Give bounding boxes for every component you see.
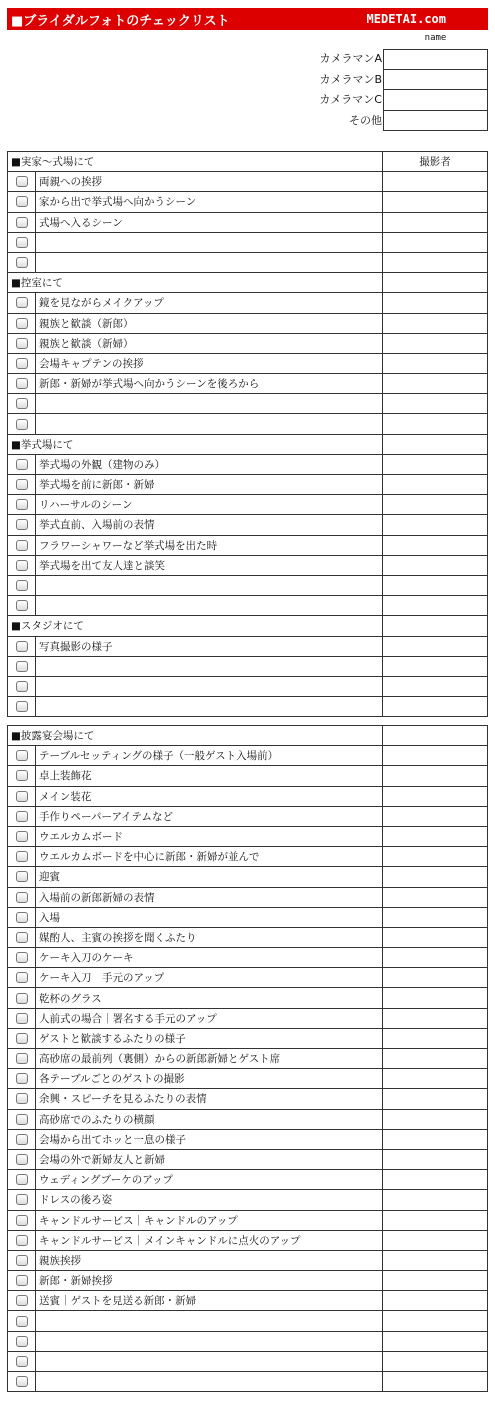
checkbox[interactable] xyxy=(16,811,28,822)
title-bar: ■ブライダルフォトのチェックリスト MEDETAI.com xyxy=(7,8,488,30)
checklist-row: 新郎・新婦挨拶 xyxy=(8,1271,488,1291)
photographer-field[interactable] xyxy=(383,374,488,394)
checkbox-cell xyxy=(8,596,36,616)
photographer-field[interactable] xyxy=(383,1069,488,1089)
photographer-field[interactable] xyxy=(383,676,488,696)
checklist-row: 会場から出てホッと一息の様子 xyxy=(8,1129,488,1149)
name-row-c: カメラマンC xyxy=(250,90,488,111)
photographer-field[interactable] xyxy=(383,847,488,867)
shot-item-label: 写真撮影の様子 xyxy=(36,636,383,656)
checkbox-cell xyxy=(8,927,36,947)
checkbox-cell xyxy=(8,766,36,786)
checkbox-cell xyxy=(8,907,36,927)
checklist-row xyxy=(8,394,488,414)
checkbox[interactable] xyxy=(16,257,28,268)
checkbox-cell xyxy=(8,252,36,272)
checkbox-cell xyxy=(8,676,36,696)
checkbox-cell xyxy=(8,414,36,434)
photographer-field[interactable] xyxy=(383,1190,488,1210)
section-header-row: ■披露宴会場にて xyxy=(8,726,488,746)
checklist-row xyxy=(8,697,488,717)
checkbox[interactable] xyxy=(16,1235,28,1246)
checkbox-cell xyxy=(8,1069,36,1089)
checklist-row: フラワーシャワーなど挙式場を出た時 xyxy=(8,535,488,555)
photographer-field[interactable] xyxy=(383,948,488,968)
photographer-field[interactable] xyxy=(383,353,488,373)
photographer-field[interactable] xyxy=(383,1311,488,1331)
checklist-row: ウェディングブーケのアップ xyxy=(8,1170,488,1190)
shot-item-label: 余興・スピーチを見るふたりの表情 xyxy=(36,1089,383,1109)
photographer-field[interactable] xyxy=(383,454,488,474)
photographer-field[interactable] xyxy=(383,806,488,826)
shot-item-label: 挙式場を出て友人達と談笑 xyxy=(36,555,383,575)
checkbox-cell xyxy=(8,1331,36,1351)
photographer-field[interactable] xyxy=(383,1008,488,1028)
checklist-row xyxy=(8,1331,488,1351)
checkbox[interactable] xyxy=(16,1356,28,1367)
shot-item-label xyxy=(36,232,383,252)
checkbox-cell xyxy=(8,697,36,717)
checkbox-cell xyxy=(8,1372,36,1392)
photographer-field[interactable] xyxy=(383,1109,488,1129)
checklist-row: ケーキ入刀 手元のアップ xyxy=(8,968,488,988)
checkbox[interactable] xyxy=(16,750,28,761)
checkbox-cell xyxy=(8,806,36,826)
checklist-row: 挙式場の外観（建物のみ） xyxy=(8,454,488,474)
photographer-field[interactable] xyxy=(383,252,488,272)
section-header-row: ■スタジオにて xyxy=(8,616,488,636)
photographer-field[interactable] xyxy=(383,746,488,766)
checkbox[interactable] xyxy=(16,831,28,842)
name-row-a: カメラマンA xyxy=(250,49,488,70)
checkbox-cell xyxy=(8,1210,36,1230)
checkbox[interactable] xyxy=(16,338,28,349)
checkbox[interactable] xyxy=(16,1093,28,1104)
checkbox[interactable] xyxy=(16,1174,28,1185)
shot-item-label: 両親への挨拶 xyxy=(36,172,383,192)
checkbox-cell xyxy=(8,1271,36,1291)
photographer-field[interactable] xyxy=(383,1089,488,1109)
checklist-row: 手作りペーパーアイテムなど xyxy=(8,806,488,826)
photographer-field[interactable] xyxy=(383,697,488,717)
checkbox-cell xyxy=(8,192,36,212)
checklist-row: 会場キャプテンの挨拶 xyxy=(8,353,488,373)
checklist-row: 新郎・新婦が挙式場へ向かうシーンを後ろから xyxy=(8,374,488,394)
name-label: カメラマンA xyxy=(250,49,383,70)
shot-item-label: 人前式の場合｜署名する手元のアップ xyxy=(36,1008,383,1028)
checkbox-cell xyxy=(8,968,36,988)
checklist-row: 親族と歓談（新郎） xyxy=(8,313,488,333)
checkbox[interactable] xyxy=(16,479,28,490)
checkbox[interactable] xyxy=(16,1336,28,1347)
section-header-row: ■控室にて xyxy=(8,273,488,293)
checkbox-cell xyxy=(8,313,36,333)
photographer-field[interactable] xyxy=(383,1129,488,1149)
shot-item-label: 各テーブルごとのゲストの撮影 xyxy=(36,1069,383,1089)
checkbox-cell xyxy=(8,1190,36,1210)
checklist-row: 入場前の新郎新婦の表情 xyxy=(8,887,488,907)
checkbox[interactable] xyxy=(16,419,28,430)
checklist-row xyxy=(8,252,488,272)
checkbox[interactable] xyxy=(16,560,28,571)
checkbox-cell xyxy=(8,454,36,474)
checkbox-cell xyxy=(8,826,36,846)
checkbox-cell xyxy=(8,495,36,515)
section-header-row: ■挙式場にて xyxy=(8,434,488,454)
checklist-row: 人前式の場合｜署名する手元のアップ xyxy=(8,1008,488,1028)
checkbox[interactable] xyxy=(16,1013,28,1024)
checklist-row xyxy=(8,1351,488,1371)
shot-item-label: 媒酌人、主賓の挨拶を聞くふたり xyxy=(36,927,383,947)
checkbox-cell xyxy=(8,1149,36,1169)
checkbox[interactable] xyxy=(16,600,28,611)
checklist-row: 親族挨拶 xyxy=(8,1250,488,1270)
section-title: ■スタジオにて xyxy=(8,616,383,636)
checkbox[interactable] xyxy=(16,871,28,882)
photographer-field[interactable] xyxy=(383,1351,488,1371)
photographer-field[interactable] xyxy=(383,575,488,595)
shot-item-label xyxy=(36,676,383,696)
checklist-row: 余興・スピーチを見るふたりの表情 xyxy=(8,1089,488,1109)
name-label: カメラマンC xyxy=(250,90,383,111)
checkbox[interactable] xyxy=(16,499,28,510)
shot-item-label: リハーサルのシーン xyxy=(36,495,383,515)
photographer-field[interactable] xyxy=(383,656,488,676)
photographer-field[interactable] xyxy=(383,1170,488,1190)
photographer-field[interactable] xyxy=(383,907,488,927)
photographer-field[interactable] xyxy=(383,192,488,212)
shot-item-label: キャンドルサービス｜メインキャンドルに点火のアップ xyxy=(36,1230,383,1250)
checkbox-cell xyxy=(8,786,36,806)
checkbox[interactable] xyxy=(16,993,28,1004)
checklist-row: 媒酌人、主賓の挨拶を聞くふたり xyxy=(8,927,488,947)
shot-item-label: ドレスの後ろ姿 xyxy=(36,1190,383,1210)
shot-item-label: ウェディングブーケのアップ xyxy=(36,1170,383,1190)
checkbox-cell xyxy=(8,847,36,867)
checklist-row: 式場へ入るシーン xyxy=(8,212,488,232)
photographer-field[interactable] xyxy=(383,596,488,616)
checkbox-cell xyxy=(8,475,36,495)
checkbox-cell xyxy=(8,353,36,373)
checkbox[interactable] xyxy=(16,176,28,187)
checklist-table-ceremony: ■実家〜式場にて撮影者両親への挨拶家から出で挙式場へ向かうシーン式場へ入るシーン… xyxy=(7,151,488,717)
checklist-row: 挙式場を前に新郎・新婦 xyxy=(8,475,488,495)
name-field-other[interactable] xyxy=(383,111,488,132)
checkbox[interactable] xyxy=(16,641,28,652)
checkbox-cell xyxy=(8,555,36,575)
photographer-field[interactable] xyxy=(383,1331,488,1351)
photographer-field[interactable] xyxy=(383,172,488,192)
checkbox[interactable] xyxy=(16,1114,28,1125)
checklist-row: ウエルカムボード xyxy=(8,826,488,846)
checkbox[interactable] xyxy=(16,1316,28,1327)
checkbox[interactable] xyxy=(16,1215,28,1226)
checkbox-cell xyxy=(8,212,36,232)
photographer-field[interactable] xyxy=(383,495,488,515)
checkbox-cell xyxy=(8,172,36,192)
shot-item-label: 乾杯のグラス xyxy=(36,988,383,1008)
photographer-field[interactable] xyxy=(383,1250,488,1270)
checkbox[interactable] xyxy=(16,580,28,591)
photographer-field[interactable] xyxy=(383,313,488,333)
shot-item-label xyxy=(36,394,383,414)
photographer-field[interactable] xyxy=(383,887,488,907)
checklist-row: ドレスの後ろ姿 xyxy=(8,1190,488,1210)
checklist-row: 入場 xyxy=(8,907,488,927)
checkbox-cell xyxy=(8,232,36,252)
shot-item-label: 会場キャプテンの挨拶 xyxy=(36,353,383,373)
photographer-cell xyxy=(383,273,488,293)
checklist-row xyxy=(8,596,488,616)
checklist-row: 高砂席でのふたりの横顔 xyxy=(8,1109,488,1129)
shot-item-label: 親族挨拶 xyxy=(36,1250,383,1270)
checkbox-cell xyxy=(8,515,36,535)
checkbox-cell xyxy=(8,293,36,313)
checkbox[interactable] xyxy=(16,237,28,248)
shot-item-label: キャンドルサービス｜キャンドルのアップ xyxy=(36,1210,383,1230)
photographer-field[interactable] xyxy=(383,766,488,786)
checkbox[interactable] xyxy=(16,791,28,802)
checkbox[interactable] xyxy=(16,972,28,983)
photographer-field[interactable] xyxy=(383,555,488,575)
checklist-row: 高砂席の最前列（裏側）からの新郎新婦とゲスト席 xyxy=(8,1049,488,1069)
checkbox-cell xyxy=(8,394,36,414)
photographer-field[interactable] xyxy=(383,1271,488,1291)
shot-item-label: 入場 xyxy=(36,907,383,927)
checkbox-cell xyxy=(8,988,36,1008)
photographer-field[interactable] xyxy=(383,1049,488,1069)
shot-item-label: ゲストと歓談するふたりの様子 xyxy=(36,1028,383,1048)
checkbox-cell xyxy=(8,1049,36,1069)
section-title: ■披露宴会場にて xyxy=(8,726,383,746)
checkbox-cell xyxy=(8,1089,36,1109)
checklist-row: 乾杯のグラス xyxy=(8,988,488,1008)
checkbox[interactable] xyxy=(16,519,28,530)
shot-item-label: メイン装花 xyxy=(36,786,383,806)
checklist-row: 挙式場を出て友人達と談笑 xyxy=(8,555,488,575)
checkbox-cell xyxy=(8,1351,36,1371)
photographer-field[interactable] xyxy=(383,867,488,887)
shot-item-label: 高砂席でのふたりの横顔 xyxy=(36,1109,383,1129)
checkbox[interactable] xyxy=(16,661,28,672)
checklist-row xyxy=(8,575,488,595)
photographer-field[interactable] xyxy=(383,1210,488,1230)
checklist-row xyxy=(8,1372,488,1392)
checkbox-cell xyxy=(8,1311,36,1331)
checkbox[interactable] xyxy=(16,378,28,389)
checkbox[interactable] xyxy=(16,681,28,692)
checklist-row: 両親への挨拶 xyxy=(8,172,488,192)
photographer-names: カメラマンA カメラマンB カメラマンC その他 xyxy=(250,49,488,131)
photographer-field[interactable] xyxy=(383,1149,488,1169)
checkbox-cell xyxy=(8,1109,36,1129)
shot-item-label: 新郎・新婦挨拶 xyxy=(36,1271,383,1291)
site-name: MEDETAI.com xyxy=(367,12,446,26)
checkbox-cell xyxy=(8,1129,36,1149)
photographer-field[interactable] xyxy=(383,1372,488,1392)
checklist-row: 送賓｜ゲストを見送る新郎・新婦 xyxy=(8,1291,488,1311)
name-field-b[interactable] xyxy=(383,70,488,91)
checklist-row xyxy=(8,232,488,252)
shot-item-label: テーブルセッティングの様子（一般ゲスト入場前） xyxy=(36,746,383,766)
checkbox[interactable] xyxy=(16,1255,28,1266)
shot-item-label: 会場から出てホッと一息の様子 xyxy=(36,1129,383,1149)
section-title: ■実家〜式場にて xyxy=(8,152,383,172)
photographer-field[interactable] xyxy=(383,786,488,806)
checkbox-cell xyxy=(8,887,36,907)
photographer-field[interactable] xyxy=(383,1291,488,1311)
checklist-row: 会場の外で新婦友人と新婦 xyxy=(8,1149,488,1169)
photographer-column-header: 撮影者 xyxy=(383,152,488,172)
checkbox[interactable] xyxy=(16,196,28,207)
checkbox-cell xyxy=(8,867,36,887)
checklist-row xyxy=(8,676,488,696)
photographer-field[interactable] xyxy=(383,826,488,846)
photographer-cell xyxy=(383,726,488,746)
shot-item-label: 会場の外で新婦友人と新婦 xyxy=(36,1149,383,1169)
checkbox[interactable] xyxy=(16,459,28,470)
shot-item-label: 迎賓 xyxy=(36,867,383,887)
checklist-row xyxy=(8,1311,488,1331)
shot-item-label: 挙式場の外観（建物のみ） xyxy=(36,454,383,474)
name-field-c[interactable] xyxy=(383,90,488,111)
checkbox[interactable] xyxy=(16,540,28,551)
shot-item-label: 挙式直前、入場前の表情 xyxy=(36,515,383,535)
checklist-row: キャンドルサービス｜キャンドルのアップ xyxy=(8,1210,488,1230)
checklist-row: 迎賓 xyxy=(8,867,488,887)
photographer-field[interactable] xyxy=(383,636,488,656)
checklist-row xyxy=(8,656,488,676)
shot-item-label: 親族と歓談（新婦） xyxy=(36,333,383,353)
shot-item-label xyxy=(36,1372,383,1392)
photographer-field[interactable] xyxy=(383,988,488,1008)
checkbox[interactable] xyxy=(16,770,28,781)
photographer-field[interactable] xyxy=(383,293,488,313)
checklist-row xyxy=(8,414,488,434)
checklist-row: 家から出で挙式場へ向かうシーン xyxy=(8,192,488,212)
photographer-field[interactable] xyxy=(383,1230,488,1250)
shot-item-label: ケーキ入刀のケーキ xyxy=(36,948,383,968)
checkbox-cell xyxy=(8,1291,36,1311)
name-row-other: その他 xyxy=(250,111,488,132)
checkbox[interactable] xyxy=(16,217,28,228)
checkbox[interactable] xyxy=(16,932,28,943)
name-label: その他 xyxy=(250,111,383,132)
shot-item-label: 新郎・新婦が挙式場へ向かうシーンを後ろから xyxy=(36,374,383,394)
checklist-row: 鏡を見ながらメイクアップ xyxy=(8,293,488,313)
checklist-row: メイン装花 xyxy=(8,786,488,806)
checklist-row: 写真撮影の様子 xyxy=(8,636,488,656)
shot-item-label: 式場へ入るシーン xyxy=(36,212,383,232)
shot-item-label: 鏡を見ながらメイクアップ xyxy=(36,293,383,313)
checkbox-cell xyxy=(8,746,36,766)
shot-item-label: ケーキ入刀 手元のアップ xyxy=(36,968,383,988)
checklist-table-reception: ■披露宴会場にてテーブルセッティングの様子（一般ゲスト入場前）卓上装飾花メイン装… xyxy=(7,725,488,1392)
checkbox[interactable] xyxy=(16,1053,28,1064)
checkbox-cell xyxy=(8,1028,36,1048)
shot-item-label: ウエルカムボードを中心に新郎・新婦が並んで xyxy=(36,847,383,867)
photographer-field[interactable] xyxy=(383,535,488,555)
checkbox[interactable] xyxy=(16,1073,28,1084)
checkbox[interactable] xyxy=(16,1194,28,1205)
photographer-field[interactable] xyxy=(383,968,488,988)
shot-item-label: 親族と歓談（新郎） xyxy=(36,313,383,333)
shot-item-label: 卓上装飾花 xyxy=(36,766,383,786)
checklist-row: 各テーブルごとのゲストの撮影 xyxy=(8,1069,488,1089)
photographer-field[interactable] xyxy=(383,212,488,232)
shot-item-label xyxy=(36,1331,383,1351)
checkbox[interactable] xyxy=(16,1154,28,1165)
photographer-field[interactable] xyxy=(383,475,488,495)
checkbox[interactable] xyxy=(16,1134,28,1145)
section-title: ■挙式場にて xyxy=(8,434,383,454)
checkbox[interactable] xyxy=(16,1295,28,1306)
photographer-field[interactable] xyxy=(383,927,488,947)
checklist-row: ゲストと歓談するふたりの様子 xyxy=(8,1028,488,1048)
shot-item-label: 送賓｜ゲストを見送る新郎・新婦 xyxy=(36,1291,383,1311)
shot-item-label: フラワーシャワーなど挙式場を出た時 xyxy=(36,535,383,555)
checklist-row: 挙式直前、入場前の表情 xyxy=(8,515,488,535)
checkbox[interactable] xyxy=(16,952,28,963)
photographer-field[interactable] xyxy=(383,394,488,414)
photographer-field[interactable] xyxy=(383,232,488,252)
checkbox-cell xyxy=(8,374,36,394)
name-field-a[interactable] xyxy=(383,49,488,70)
shot-item-label: ウエルカムボード xyxy=(36,826,383,846)
photographer-field[interactable] xyxy=(383,414,488,434)
shot-item-label xyxy=(36,414,383,434)
shot-item-label: 家から出で挙式場へ向かうシーン xyxy=(36,192,383,212)
checkbox-cell xyxy=(8,1250,36,1270)
checkbox[interactable] xyxy=(16,912,28,923)
checkbox[interactable] xyxy=(16,358,28,369)
page-title: ■ブライダルフォトのチェックリスト xyxy=(11,10,230,29)
shot-item-label: 入場前の新郎新婦の表情 xyxy=(36,887,383,907)
checkbox-cell xyxy=(8,1008,36,1028)
name-column-heading: name xyxy=(383,33,488,43)
shot-item-label xyxy=(36,656,383,676)
photographer-field[interactable] xyxy=(383,333,488,353)
shot-item-label: 挙式場を前に新郎・新婦 xyxy=(36,475,383,495)
checkbox[interactable] xyxy=(16,1033,28,1044)
checkbox[interactable] xyxy=(16,318,28,329)
checkbox[interactable] xyxy=(16,1376,28,1387)
checkbox-cell xyxy=(8,1170,36,1190)
shot-item-label: 手作りペーパーアイテムなど xyxy=(36,806,383,826)
photographer-field[interactable] xyxy=(383,515,488,535)
name-row-b: カメラマンB xyxy=(250,70,488,91)
checkbox-cell xyxy=(8,948,36,968)
checkbox[interactable] xyxy=(16,701,28,712)
checkbox-cell xyxy=(8,656,36,676)
checkbox[interactable] xyxy=(16,297,28,308)
checkbox-cell xyxy=(8,636,36,656)
checklist-row: リハーサルのシーン xyxy=(8,495,488,515)
checkbox[interactable] xyxy=(16,851,28,862)
checklist-row: 親族と歓談（新婦） xyxy=(8,333,488,353)
checklist-row: ウエルカムボードを中心に新郎・新婦が並んで xyxy=(8,847,488,867)
checkbox[interactable] xyxy=(16,398,28,409)
shot-item-label xyxy=(36,575,383,595)
shot-item-label xyxy=(36,1311,383,1331)
shot-item-label xyxy=(36,596,383,616)
photographer-cell xyxy=(383,616,488,636)
photographer-cell xyxy=(383,434,488,454)
checkbox[interactable] xyxy=(16,1275,28,1286)
photographer-field[interactable] xyxy=(383,1028,488,1048)
checkbox[interactable] xyxy=(16,892,28,903)
checkbox-cell xyxy=(8,1230,36,1250)
